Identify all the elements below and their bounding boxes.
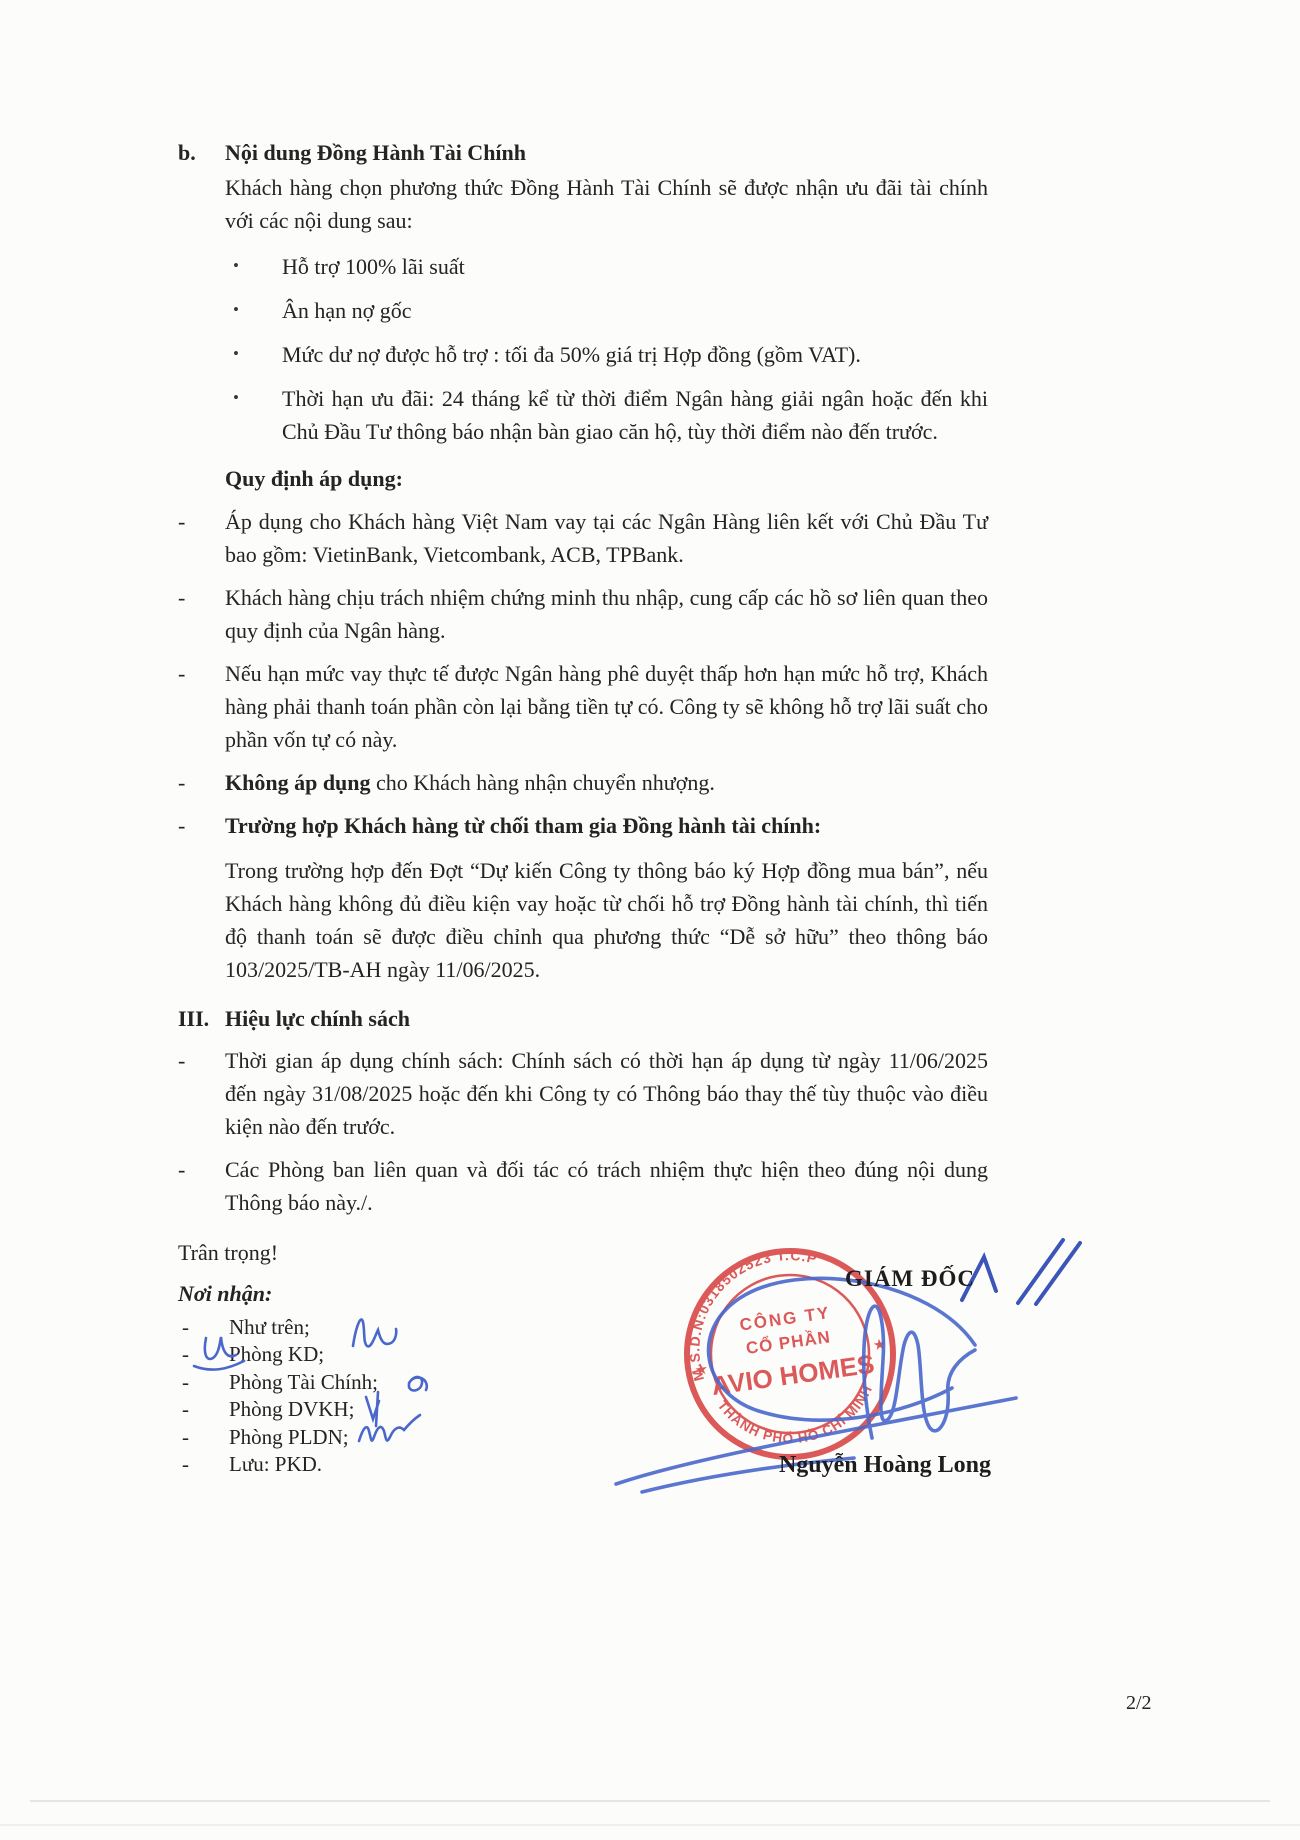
- dash-marker: -: [178, 1396, 229, 1424]
- recipient-text: Phòng PLDN;: [229, 1424, 349, 1452]
- rule-item: - Nếu hạn mức vay thực tế được Ngân hàng…: [178, 657, 988, 756]
- recipient-item: -Lưu: PKD.: [178, 1451, 378, 1479]
- section-b-label: b.: [178, 136, 225, 169]
- dash-marker: -: [178, 1314, 229, 1342]
- signer-name: Nguyễn Hoàng Long: [760, 1452, 1010, 1479]
- rule-text: Áp dụng cho Khách hàng Việt Nam vay tại …: [225, 505, 988, 571]
- section-iii-heading: III. Hiệu lực chính sách: [178, 1002, 988, 1035]
- recipients-title: Nơi nhận:: [178, 1280, 378, 1308]
- document-page: b. Nội dung Đồng Hành Tài Chính Khách hà…: [0, 0, 1300, 1840]
- recipient-item: -Phòng PLDN;: [178, 1424, 378, 1452]
- recipient-text: Lưu: PKD.: [229, 1451, 322, 1479]
- policy-item: - Các Phòng ban liên quan và đối tác có …: [178, 1153, 988, 1219]
- rule-plain: Khách hàng chịu trách nhiệm chứng minh t…: [225, 585, 988, 643]
- policy-text: Các Phòng ban liên quan và đối tác có tr…: [225, 1153, 988, 1219]
- dash-marker: -: [178, 1044, 225, 1143]
- stamp-company-name: AVIO HOMES: [710, 1349, 877, 1402]
- recipient-item: -Phòng Tài Chính;: [178, 1369, 378, 1397]
- dash-marker: -: [178, 1369, 229, 1397]
- dash-marker: -: [178, 1451, 229, 1479]
- rule-text: Trường hợp Khách hàng từ chối tham gia Đ…: [225, 809, 988, 842]
- section-iii-title: Hiệu lực chính sách: [225, 1002, 410, 1035]
- rule-plain: Nếu hạn mức vay thực tế được Ngân hàng p…: [225, 661, 988, 752]
- stamp-star-left-icon: ★: [694, 1362, 710, 1380]
- list-item: •Thời hạn ưu đãi: 24 tháng kể từ thời đi…: [225, 382, 988, 448]
- list-item: •Ân hạn nợ gốc: [225, 294, 988, 327]
- bullet-icon: •: [233, 293, 239, 326]
- bullet-icon: •: [233, 337, 239, 370]
- recipients-block: Nơi nhận: -Như trên; -Phòng KD; -Phòng T…: [178, 1280, 378, 1479]
- bullet-icon: •: [233, 381, 239, 414]
- dash-marker: -: [178, 1341, 229, 1369]
- bullet-text: Mức dư nợ được hỗ trợ : tối đa 50% giá t…: [282, 342, 861, 367]
- list-item: •Hỗ trợ 100% lãi suất: [225, 250, 988, 283]
- rule-text: Khách hàng chịu trách nhiệm chứng minh t…: [225, 581, 988, 647]
- dash-marker: -: [178, 809, 225, 842]
- policy-text: Thời gian áp dụng chính sách: Chính sách…: [225, 1044, 988, 1143]
- dash-marker: -: [178, 581, 225, 647]
- rule-item: - Không áp dụng cho Khách hàng nhận chuy…: [178, 766, 988, 799]
- section-b-heading: b. Nội dung Đồng Hành Tài Chính: [178, 136, 988, 169]
- recipient-text: Phòng KD;: [229, 1341, 324, 1369]
- recipient-text: Như trên;: [229, 1314, 310, 1342]
- recipient-item: -Phòng KD;: [178, 1341, 378, 1369]
- section-iii-label: III.: [178, 1002, 225, 1035]
- rule-bold: Không áp dụng: [225, 770, 371, 795]
- section-b-title: Nội dung Đồng Hành Tài Chính: [225, 136, 526, 169]
- dash-marker: -: [178, 505, 225, 571]
- page-number: 2/2: [1126, 1692, 1152, 1715]
- rule-bold: Trường hợp Khách hàng từ chối tham gia Đ…: [225, 813, 821, 838]
- recipient-item: -Phòng DVKH;: [178, 1396, 378, 1424]
- rule-text: Không áp dụng cho Khách hàng nhận chuyển…: [225, 766, 988, 799]
- rule-plain: Áp dụng cho Khách hàng Việt Nam vay tại …: [225, 509, 988, 567]
- dash-marker: -: [178, 766, 225, 799]
- rule-item: - Khách hàng chịu trách nhiệm chứng minh…: [178, 581, 988, 647]
- dash-marker: -: [178, 1153, 225, 1219]
- dash-marker: -: [178, 657, 225, 756]
- document-body: b. Nội dung Đồng Hành Tài Chính Khách hà…: [178, 136, 988, 1229]
- section-b-intro: Khách hàng chọn phương thức Đồng Hành Tà…: [225, 171, 988, 237]
- rule-text: Nếu hạn mức vay thực tế được Ngân hàng p…: [225, 657, 988, 756]
- rule-plain: cho Khách hàng nhận chuyển nhượng.: [371, 770, 715, 795]
- refusal-paragraph: Trong trường hợp đến Đợt “Dự kiến Công t…: [225, 854, 988, 986]
- stamp-star-right-icon: ★: [872, 1337, 888, 1355]
- recipient-text: Phòng DVKH;: [229, 1396, 354, 1424]
- benefit-bullet-list: •Hỗ trợ 100% lãi suất •Ân hạn nợ gốc •Mứ…: [225, 250, 988, 448]
- recipient-text: Phòng Tài Chính;: [229, 1369, 378, 1397]
- scan-artifact-line: [30, 1800, 1270, 1802]
- scan-artifact-line: [0, 1824, 1300, 1826]
- rules-subheading: Quy định áp dụng:: [225, 462, 988, 495]
- list-item: •Mức dư nợ được hỗ trợ : tối đa 50% giá …: [225, 338, 988, 371]
- bullet-text: Thời hạn ưu đãi: 24 tháng kể từ thời điể…: [282, 386, 988, 444]
- rule-item: - Trường hợp Khách hàng từ chối tham gia…: [178, 809, 988, 842]
- policy-item: - Thời gian áp dụng chính sách: Chính sá…: [178, 1044, 988, 1143]
- bullet-icon: •: [233, 249, 239, 282]
- bullet-text: Ân hạn nợ gốc: [282, 298, 412, 323]
- dash-marker: -: [178, 1424, 229, 1452]
- bullet-text: Hỗ trợ 100% lãi suất: [282, 254, 465, 279]
- signer-title: GIÁM ĐỐC: [790, 1266, 1030, 1292]
- recipient-item: -Như trên;: [178, 1314, 378, 1342]
- rule-item: - Áp dụng cho Khách hàng Việt Nam vay tạ…: [178, 505, 988, 571]
- closing-salutation: Trân trọng!: [178, 1240, 278, 1266]
